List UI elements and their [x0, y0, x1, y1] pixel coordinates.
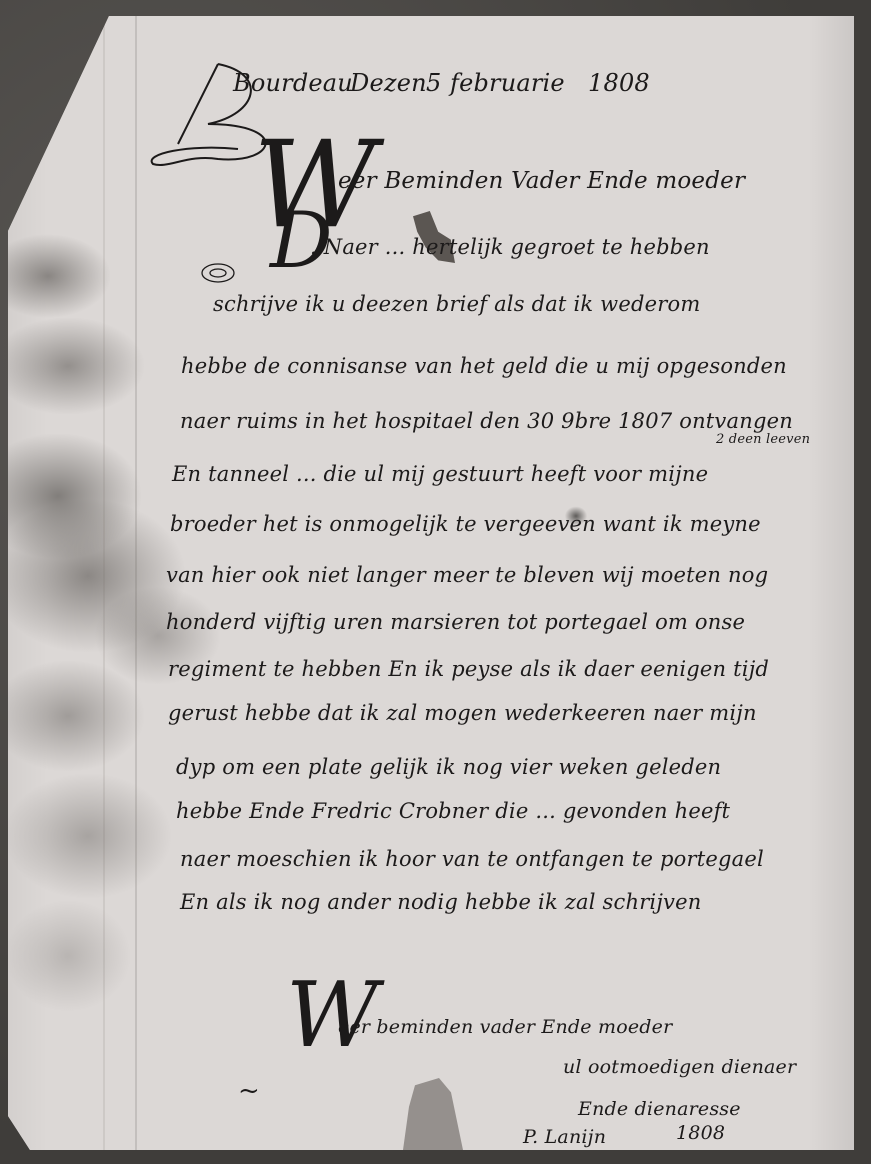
dateline-month: februarie [450, 69, 565, 97]
dateline-day-word: Dezen [350, 69, 427, 97]
signature-year: 1808 [676, 1122, 725, 1144]
letter-line: naer moeschien ik hoor van te ontfangen … [180, 847, 764, 871]
letter-line: regiment te hebben En ik peyse als ik da… [168, 657, 769, 681]
letter-line: dyp om een plate gelijk ik nog vier weke… [176, 755, 721, 779]
signature-name: P. Lanijn [523, 1126, 606, 1148]
signature-line: Ende dienaresse [578, 1098, 741, 1120]
interlinear-note: 2 deen leeven [716, 432, 810, 447]
dateline-day: 5 [426, 69, 441, 97]
letter-line: van hier ook niet langer meer te bleven … [166, 563, 768, 587]
letter-sheet: Bourdeau Dezen 5 februarie 1808 W eer Be… [8, 16, 854, 1150]
letter-line: naer ruims in het hospitael den 30 9bre … [180, 409, 793, 433]
letter-line: hebbe Ende Fredric Crobner die ... gevon… [176, 799, 730, 823]
closing-text: eer beminden vader Ende moeder [338, 1016, 672, 1038]
paper-fold-line [103, 16, 105, 1150]
letter-line: broeder het is onmogelijk te vergeeven w… [170, 512, 761, 536]
salutation-text: eer Beminden Vader Ende moeder [338, 168, 745, 194]
letter-line: hebbe de connisanse van het geld die u m… [181, 354, 787, 378]
margin-mark: ~ [238, 1076, 260, 1106]
letter-line: schrijve ik u deezen brief als dat ik we… [213, 292, 700, 316]
dateline-year: 1808 [588, 69, 650, 97]
paper-fold-line [135, 16, 137, 1150]
spiral-flourish [198, 261, 238, 291]
letter-line: . Naer ... hertelijk gegroet te hebben [310, 235, 710, 259]
letter-line: gerust hebbe dat ik zal mogen wederkeere… [168, 701, 757, 725]
letter-line: En tanneel ... die ul mij gestuurt heeft… [172, 462, 708, 486]
letter-line: honderd vijftig uren marsieren tot porte… [166, 610, 745, 634]
signature-line: ul ootmoedigen dienaer [563, 1056, 796, 1078]
letter-line: En als ik nog ander nodig hebbe ik zal s… [180, 890, 701, 914]
dateline-place: Bourdeau [233, 69, 353, 97]
